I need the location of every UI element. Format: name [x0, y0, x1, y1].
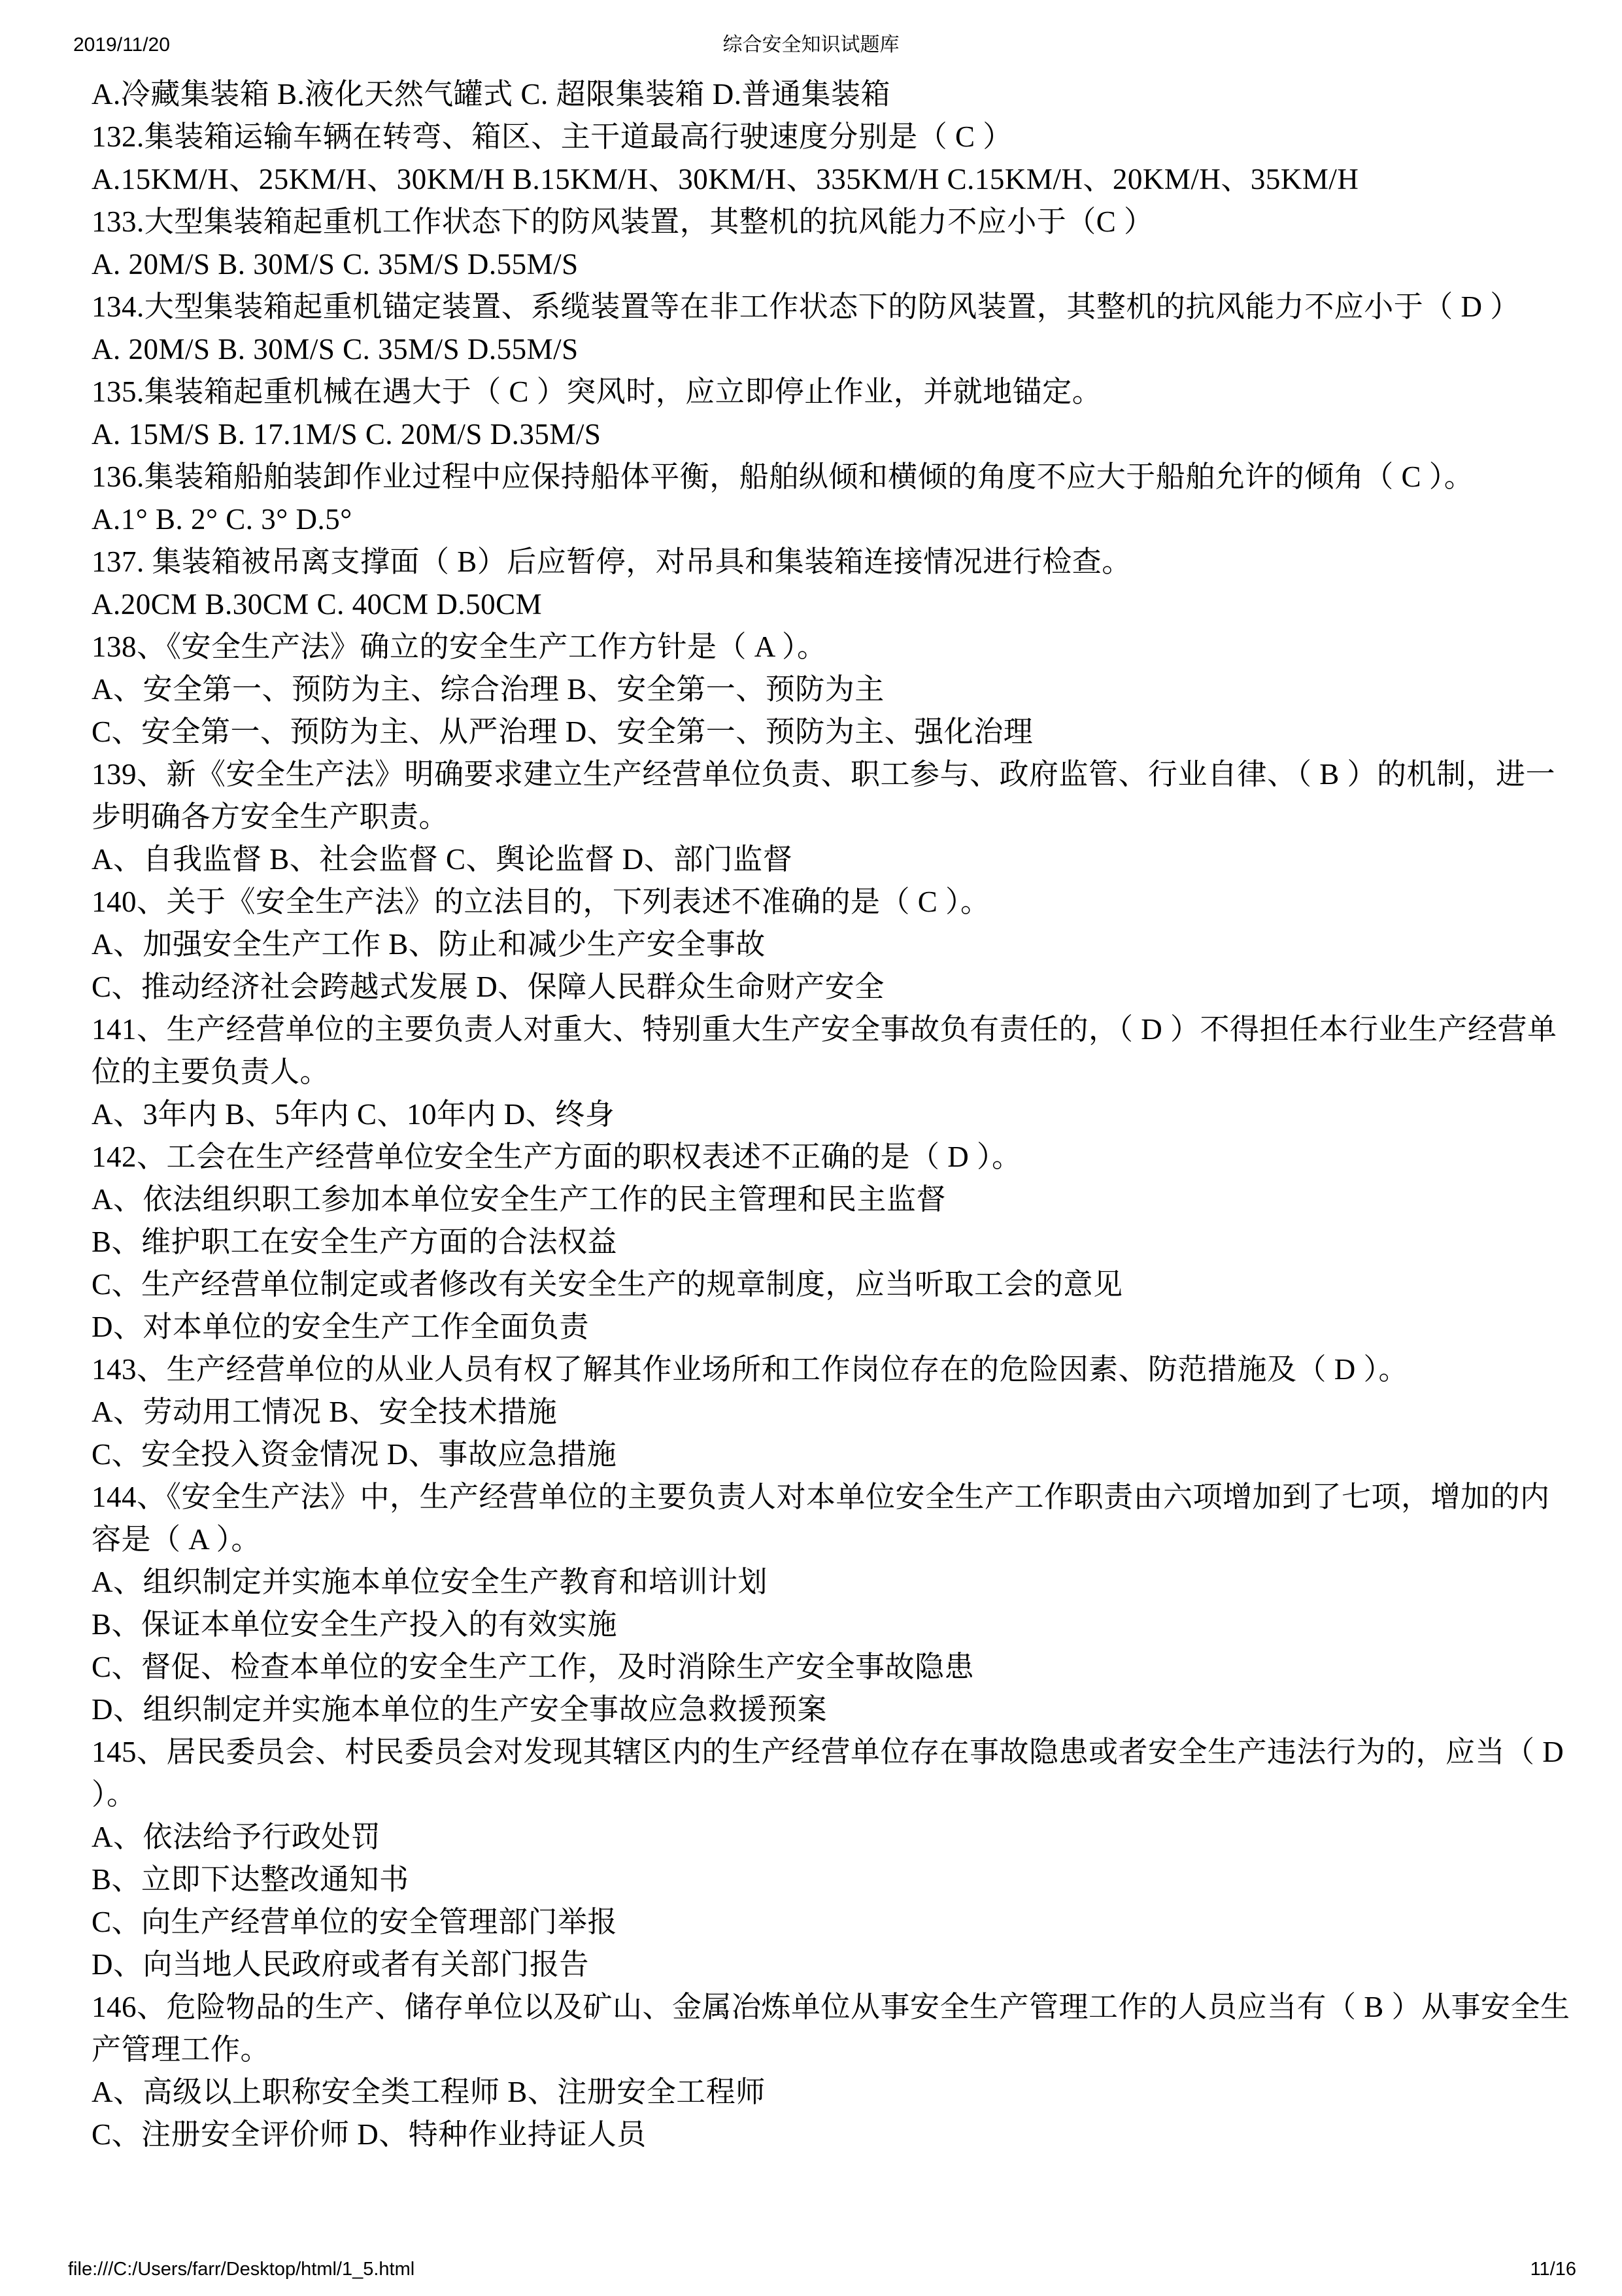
text-line: A.冷藏集装箱 B.液化天然气罐式 C. 超限集装箱 D.普通集装箱: [92, 73, 1566, 116]
text-line: 139、新《安全生产法》明确要求建立生产经营单位负责、职工参与、政府监管、行业自…: [92, 753, 1566, 796]
text-line: C、安全投入资金情况 D、事故应急措施: [92, 1433, 1566, 1476]
text-line: D、对本单位的安全生产工作全面负责: [92, 1306, 1566, 1348]
text-line: A、安全第一、预防为主、综合治理 B、安全第一、预防为主: [92, 668, 1566, 711]
text-line: C、安全第一、预防为主、从严治理 D、安全第一、预防为主、强化治理: [92, 711, 1566, 753]
document-body: A.冷藏集装箱 B.液化天然气罐式 C. 超限集装箱 D.普通集装箱132.集装…: [92, 73, 1566, 2156]
text-line: 134.大型集装箱起重机锚定装置、系缆装置等在非工作状态下的防风装置，其整机的抗…: [92, 286, 1566, 328]
header-title: 综合安全知识试题库: [0, 33, 1622, 58]
text-line: 136.集装箱船舶装卸作业过程中应保持船体平衡，船舶纵倾和横倾的角度不应大于船舶…: [92, 456, 1566, 498]
text-line: 132.集装箱运输车辆在转弯、箱区、主干道最高行驶速度分别是（ C ）: [92, 116, 1566, 158]
text-line: A、加强安全生产工作 B、防止和减少生产安全事故: [92, 923, 1566, 966]
text-line: 138、《安全生产法》确立的安全生产工作方针是（ A ）。: [92, 626, 1566, 668]
text-line: A、依法组织职工参加本单位安全生产工作的民主管理和民主监督: [92, 1178, 1566, 1221]
text-line: 步明确各方安全生产职责。: [92, 796, 1566, 838]
text-line: A.20CM B.30CM C. 40CM D.50CM: [92, 583, 1566, 626]
text-line: C、向生产经营单位的安全管理部门举报: [92, 1901, 1566, 1944]
text-line: C、注册安全评价师 D、特种作业持证人员: [92, 2114, 1566, 2156]
text-line: C、督促、检查本单位的安全生产工作，及时消除生产安全事故隐患: [92, 1646, 1566, 1688]
text-line: A、高级以上职称安全类工程师 B、注册安全工程师: [92, 2071, 1566, 2114]
text-line: A. 20M/S B. 30M/S C. 35M/S D.55M/S: [92, 328, 1566, 371]
text-line: 容是（ A ）。: [92, 1518, 1566, 1561]
text-line: C、推动经济社会跨越式发展 D、保障人民群众生命财产安全: [92, 966, 1566, 1008]
footer-file-url: file:///C:/Users/farr/Desktop/html/1_5.h…: [68, 2258, 414, 2280]
text-line: A、自我监督 B、社会监督 C、舆论监督 D、部门监督: [92, 838, 1566, 881]
text-line: C、生产经营单位制定或者修改有关安全生产的规章制度，应当听取工会的意见: [92, 1263, 1566, 1306]
text-line: 135.集装箱起重机械在遇大于（ C ）突风时，应立即停止作业，并就地锚定。: [92, 371, 1566, 413]
text-line: B、立即下达整改通知书: [92, 1859, 1566, 1901]
text-line: A、依法给予行政处罚: [92, 1816, 1566, 1859]
text-line: B、维护职工在安全生产方面的合法权益: [92, 1221, 1566, 1263]
text-line: D、组织制定并实施本单位的生产安全事故应急救援预案: [92, 1688, 1566, 1731]
text-line: A. 15M/S B. 17.1M/S C. 20M/S D.35M/S: [92, 413, 1566, 456]
text-line: B、保证本单位安全生产投入的有效实施: [92, 1603, 1566, 1646]
text-line: 145、居民委员会、村民委员会对发现其辖区内的生产经营单位存在事故隐患或者安全生…: [92, 1731, 1566, 1773]
page-header: 2019/11/20 综合安全知识试题库: [0, 33, 1622, 59]
text-line: 144、《安全生产法》中，生产经营单位的主要负责人对本单位安全生产工作职责由六项…: [92, 1476, 1566, 1518]
text-line: 137. 集装箱被吊离支撑面（ B）后应暂停，对吊具和集装箱连接情况进行检查。: [92, 541, 1566, 583]
text-line: 133.大型集装箱起重机工作状态下的防风装置，其整机的抗风能力不应小于（C ）: [92, 201, 1566, 243]
text-line: 位的主要负责人。: [92, 1051, 1566, 1093]
text-line: 143、生产经营单位的从业人员有权了解其作业场所和工作岗位存在的危险因素、防范措…: [92, 1348, 1566, 1391]
page-footer: file:///C:/Users/farr/Desktop/html/1_5.h…: [68, 2258, 1576, 2280]
text-line: A. 20M/S B. 30M/S C. 35M/S D.55M/S: [92, 243, 1566, 286]
text-line: D、向当地人民政府或者有关部门报告: [92, 1944, 1566, 1986]
text-line: 140、关于《安全生产法》的立法目的，下列表述不准确的是（ C ）。: [92, 881, 1566, 923]
text-line: A、组织制定并实施本单位安全生产教育和培训计划: [92, 1561, 1566, 1603]
text-line: 141、生产经营单位的主要负责人对重大、特别重大生产安全事故负有责任的，（ D …: [92, 1008, 1566, 1051]
text-line: 146、危险物品的生产、储存单位以及矿山、金属冶炼单位从事安全生产管理工作的人员…: [92, 1986, 1566, 2029]
text-line: 142、工会在生产经营单位安全生产方面的职权表述不正确的是（ D ）。: [92, 1136, 1566, 1178]
footer-page-number: 11/16: [1530, 2258, 1576, 2280]
text-line: A.15KM/H、25KM/H、30KM/H B.15KM/H、30KM/H、3…: [92, 158, 1566, 201]
text-line: A、3年内 B、5年内 C、10年内 D、终身: [92, 1093, 1566, 1136]
text-line: A.1° B. 2° C. 3° D.5°: [92, 498, 1566, 541]
text-line: ）。: [92, 1773, 1566, 1816]
document-page: 2019/11/20 综合安全知识试题库 A.冷藏集装箱 B.液化天然气罐式 C…: [0, 0, 1622, 2296]
text-line: 产管理工作。: [92, 2029, 1566, 2071]
text-line: A、劳动用工情况 B、安全技术措施: [92, 1391, 1566, 1433]
